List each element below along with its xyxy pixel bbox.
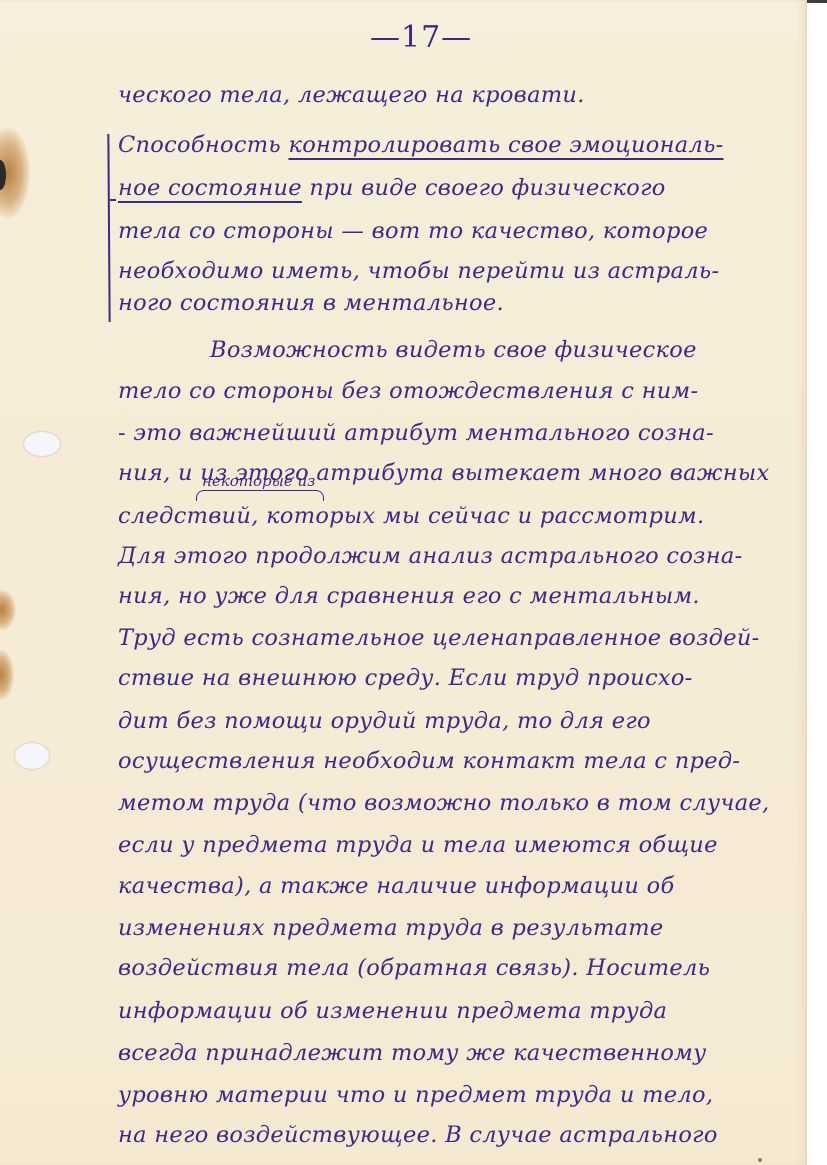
- text-segment: при виде своего физического: [302, 175, 666, 201]
- text-line: на него воздействующее. В случае астраль…: [118, 1122, 718, 1148]
- punch-hole: [24, 432, 60, 456]
- text-line: ствие на внешнюю среду. Если труд происх…: [118, 665, 693, 691]
- text-line: качества), а также наличие информации об: [118, 873, 675, 899]
- text-segment: Способность: [118, 132, 288, 158]
- text-line: ния, но уже для сравнения его с ментальн…: [118, 583, 700, 609]
- handwritten-insertion: некоторые из: [202, 472, 315, 490]
- manuscript-page: —17— ческого тела, лежащего на кровати. …: [0, 0, 807, 1165]
- text-line: ческого тела, лежащего на кровати.: [118, 82, 585, 108]
- text-line: дит без помощи орудий труда, то для его: [118, 708, 651, 734]
- margin-bracket-tick: [110, 199, 116, 201]
- text-line: Для этого продолжим анализ астрального с…: [118, 543, 743, 569]
- text-line: уровню материи что и предмет труда и тел…: [118, 1082, 713, 1108]
- text-line: ное состояние при виде своего физическог…: [118, 175, 666, 201]
- text-line: тела со стороны — вот то качество, котор…: [118, 218, 708, 244]
- underlined-phrase: контролировать свое эмоциональ-: [288, 132, 723, 158]
- underlined-phrase: ное состояние: [118, 175, 302, 201]
- rust-stain: [0, 590, 16, 630]
- text-line: изменениях предмета труда в результате: [118, 915, 664, 941]
- insertion-caret: [196, 490, 324, 501]
- text-line: Способность контролировать свое эмоциона…: [118, 132, 724, 158]
- text-line: если у предмета труда и тела имеются общ…: [118, 832, 718, 858]
- text-line: информации об изменении предмета труда: [118, 998, 667, 1024]
- page-number: —17—: [370, 20, 472, 55]
- text-line: осуществления необходим контакт тела с п…: [118, 748, 740, 774]
- text-line: метом труда (что возможно только в том с…: [118, 790, 769, 816]
- punch-hole: [15, 743, 49, 769]
- text-line: ного состояния в ментальное.: [118, 290, 504, 316]
- text-line: - это важнейший атрибут ментального созн…: [118, 420, 714, 446]
- text-line: тело со стороны без отождествления с ним…: [118, 378, 698, 404]
- text-line: необходимо иметь, чтобы перейти из астра…: [118, 258, 719, 284]
- text-line: воздействия тела (обратная связь). Носит…: [118, 955, 710, 981]
- paper-speck: [758, 1158, 762, 1162]
- text-line: следствий, которых мы сейчас и рассмотри…: [118, 503, 704, 529]
- paragraph-start-line: Возможность видеть свое физическое: [210, 337, 697, 363]
- text-line: всегда принадлежит тому же качественному: [118, 1040, 706, 1066]
- margin-bracket-line: [107, 134, 110, 322]
- text-line: Труд есть сознательное целенаправленное …: [118, 625, 760, 651]
- rust-stain: [0, 650, 14, 700]
